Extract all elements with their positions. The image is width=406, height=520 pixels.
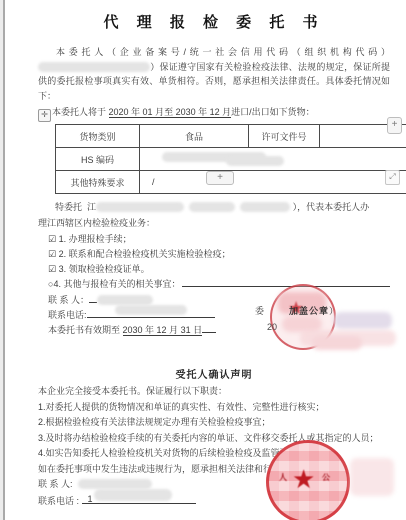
redacted-agent-code [189,202,235,212]
entrust-line2: 理江西辖区内检验检疫业务： [38,217,390,230]
phone-visible-digit: 1 [88,492,93,508]
special-requirements-label: 其他特殊要求 [56,171,140,194]
seal-caption-label: 加盖公章 [289,304,329,317]
intro-text-before: 本委托人（企业备案号/统一社会信用代码（组织机构代码） [56,47,390,57]
redacted-agent-name [96,202,184,212]
redacted-seal-edge [350,458,394,496]
entrust-suffix: ），代表本委托人办 [293,202,370,212]
table-add-row-button[interactable]: + [206,171,234,185]
declaration-intro: 本企业完全接受本委托书。保证履行以下职责： [38,384,390,400]
table-resize-handle-icon[interactable]: ⤢ [385,170,400,185]
seal-text-fragment: 人 [279,472,287,483]
redacted-contact-phone [115,305,187,315]
agent-seal-area: ★ 人 公 [266,440,350,520]
checkbox-checked-icon: ☑ [48,247,56,262]
contact-name-label: 联 系 人: [38,479,73,489]
redacted-agent-contact-name [78,479,152,489]
goods-period-dates: 2020 年 01 月至 2030 年 12 月 [109,107,232,118]
intro-paragraph: 本委托人（企业备案号/统一社会信用代码（组织机构代码））保证遵守国家有关检验检疫… [38,45,390,103]
service-item-label: 2. 联系和配合检验检疫机关实施检验检疫； [59,247,231,262]
contact-name-label: 联 系 人： [48,295,89,305]
service-item-label: 1. 办理报检手续； [59,232,132,247]
redacted-contact-name [97,295,153,305]
goods-period-text1: 本委托人将于 [52,107,106,117]
name-underline [89,292,97,303]
table-row: HS 编码 [56,148,406,171]
license-number-label: 许可文件号 [249,125,320,148]
hs-code-value[interactable] [140,148,406,171]
service-item-3: ☑ 3. 领取检验检疫证单。 [48,262,390,277]
service-item-1: ☑ 1. 办理报检手续； [48,232,390,247]
phone-underline [87,307,215,318]
checkbox-checked-icon: ☑ [48,262,56,277]
redacted-signature [334,312,392,329]
redacted-agent-info [240,202,290,212]
agent-name-visible: 江 [87,202,96,212]
redacted-agent-contact-phone [94,489,172,501]
service-item-2: ☑ 2. 联系和配合检验检疫机关实施检验检疫； [48,247,390,262]
seal-caption-left: 委 [255,304,264,317]
seal-text-fragment: 公 [322,472,330,483]
service-item-label: 3. 领取检验检疫证单。 [59,262,150,277]
goods-category-label: 货物类别 [56,125,140,148]
hs-code-label: HS 编码 [56,148,140,171]
contact-phone-label: 联系电话: [48,310,87,320]
contact-phone-label: 联系电话 : [38,496,79,506]
declaration-heading: 受托人确认声明 [38,366,390,381]
table-move-handle-icon[interactable]: ✛ [38,109,51,122]
goods-category-value[interactable]: 食品 [140,125,249,148]
validity-date: 2030 年 12 月 31 日 [123,325,203,336]
table-row: 货物类别 食品 许可文件号 [56,125,406,148]
page-left-border [3,0,5,520]
service-item-label: 4. 其他与报检有关的相关事宜： [53,277,180,292]
goods-period-line: ✛本委托人将于 2020 年 01 月至 2030 年 12 月进口/出口如下货… [38,106,390,122]
entrust-prefix: 特委托 [55,202,82,212]
seal-star-icon: ★ [292,464,315,495]
validity-trailing-line [202,322,216,333]
special-requirements-value[interactable]: / [140,171,406,194]
phone-underline: 1 [82,493,196,504]
table-add-column-button[interactable]: + [387,117,402,134]
entrustment-letter-page: { "title": "代 理 报 检 委 托 书", "intro": { "… [0,0,406,520]
entrust-line: 特委托 江 ），代表本委托人办 [38,201,390,214]
goods-period-text2: 进口/出口如下货物： [231,107,315,117]
declaration-item-2: 2.根据检验检疫有关法律法规规定办理有关检验检疫事宜； [38,415,390,431]
validity-prefix: 本委托书有效期至 [48,325,120,335]
redacted-hs-code-2 [226,156,284,166]
redacted-seal-edge [300,330,396,346]
seal-date-fragment: 20 [267,322,277,332]
document-body: 代 理 报 检 委 托 书 本委托人（企业备案号/统一社会信用代码（组织机构代码… [6,0,406,509]
redacted-credit-code [38,62,150,72]
checkbox-checked-icon: ☑ [48,232,56,247]
declaration-item-1: 1.对委托人提供的货物情况和单证的真实性、有效性、完整性进行核实； [38,400,390,416]
page-title: 代 理 报 检 委 托 书 [38,11,390,32]
